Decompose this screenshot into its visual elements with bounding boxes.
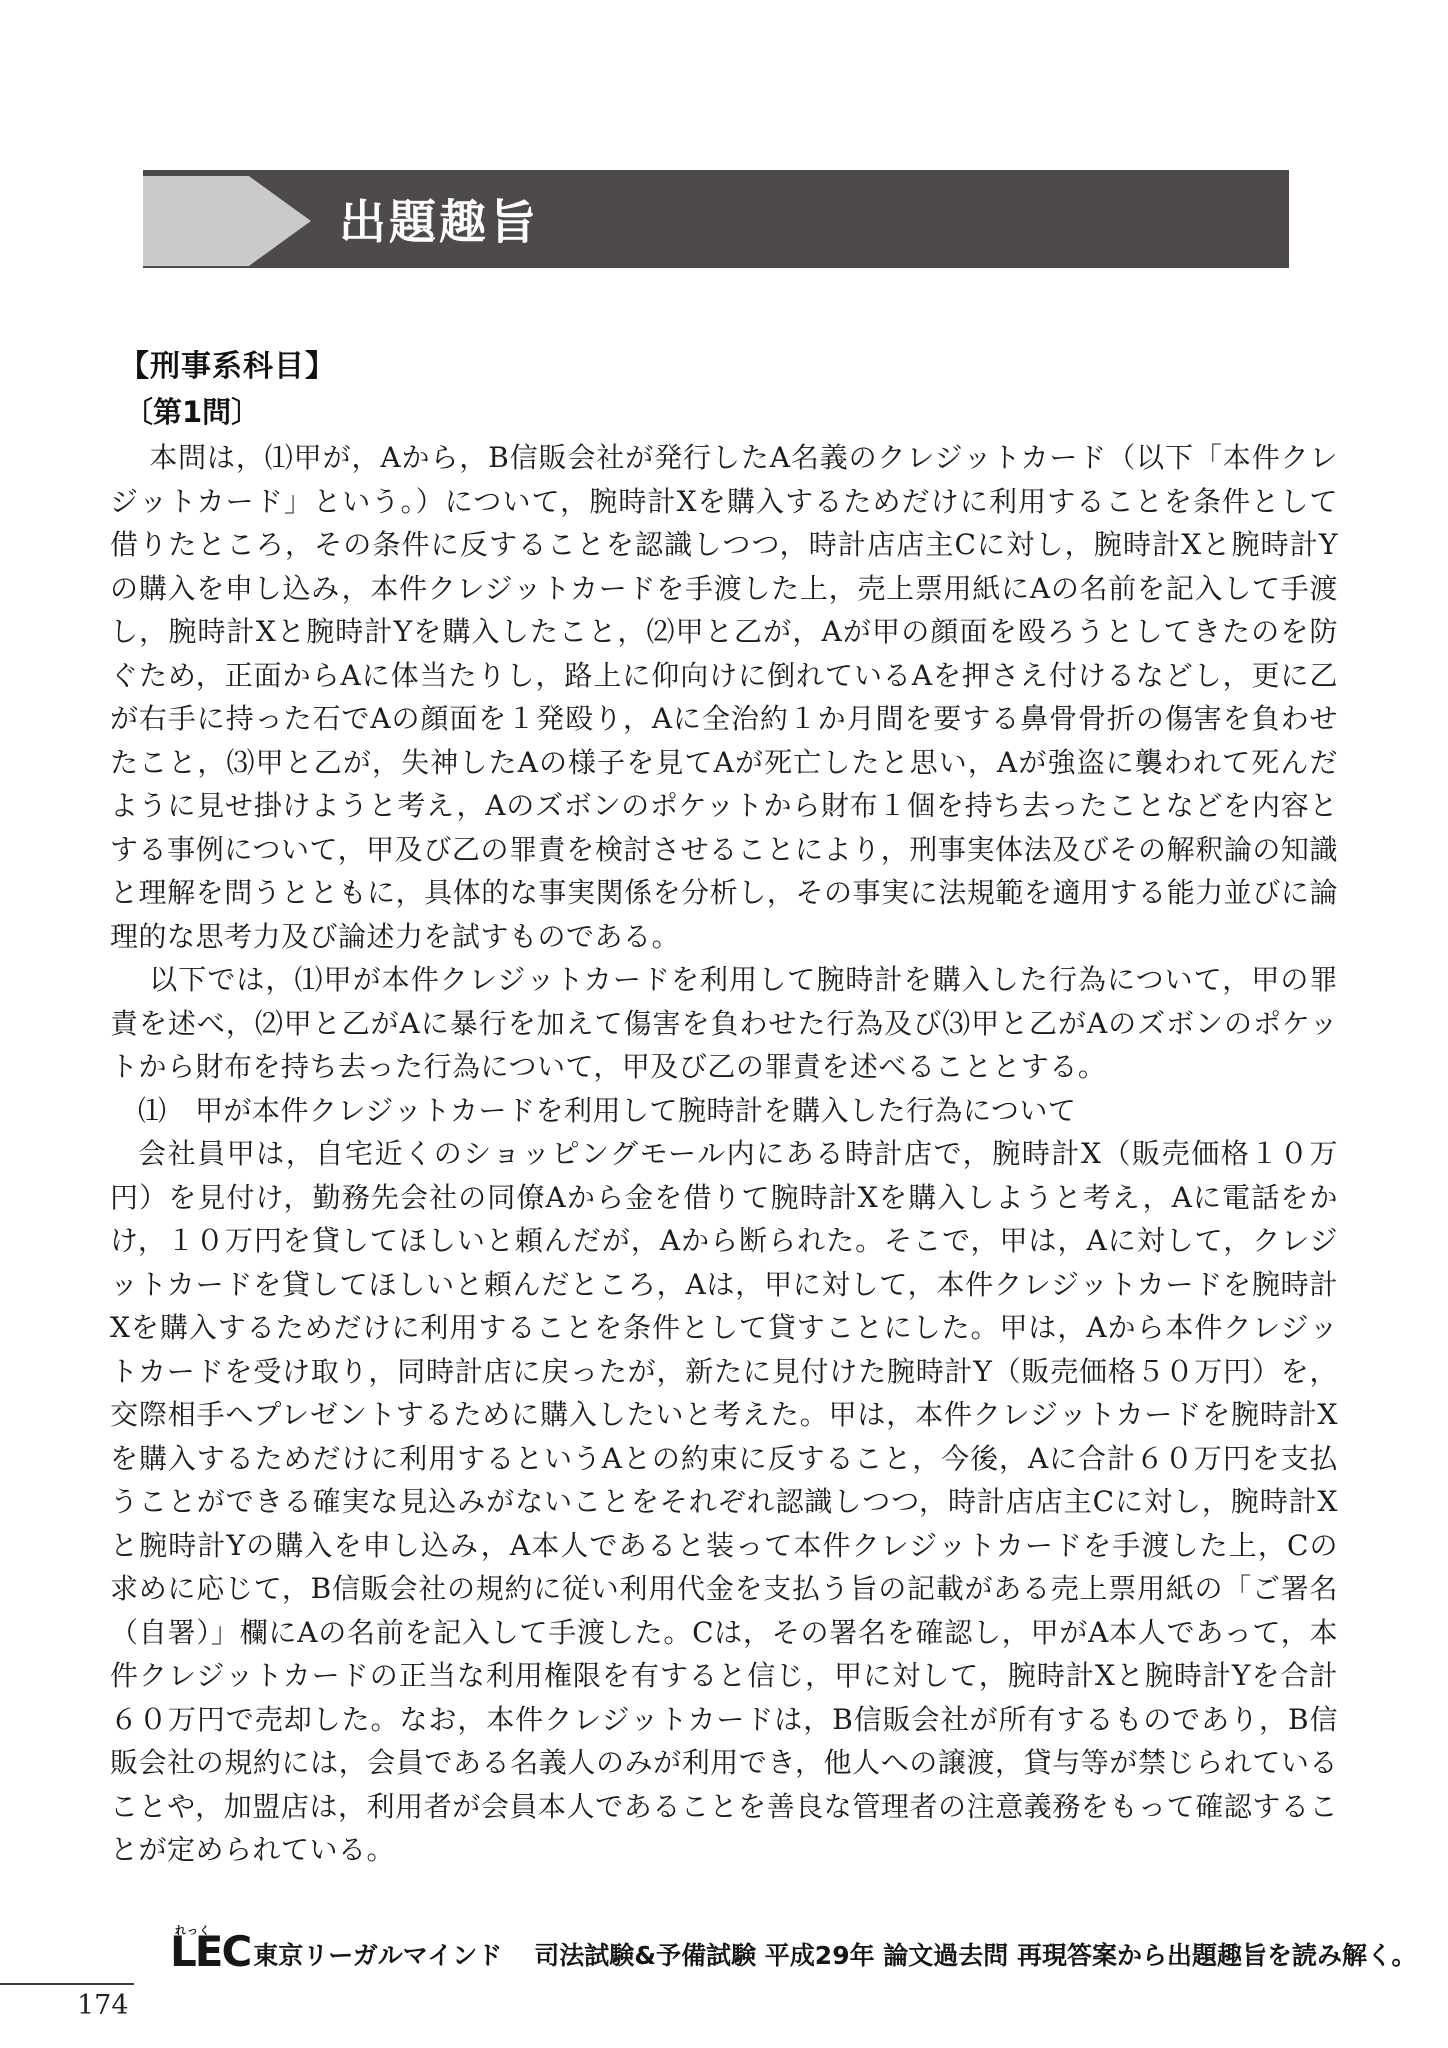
category-heading: 【刑事系科目】 (119, 341, 336, 385)
arrow-icon (143, 176, 311, 266)
body-text: 本問は，⑴甲が，Aから，B信販会社が発行したA名義のクレジットカード（以下「本件… (110, 436, 1338, 1872)
footer-caption: 司法試験&予備試験 平成29年 論文過去問 再現答案から出題趣旨を読み解く。 (534, 1942, 1416, 1974)
footer-brand: 東京リーガルマインド (253, 1942, 502, 1974)
question-heading: 〔第1問〕 (124, 390, 260, 431)
page-number-rule (0, 1983, 134, 1985)
item1-heading: ⑴ 甲が本件クレジットカードを利用して腕時計を購入した行為について (110, 1089, 1338, 1133)
paragraph-item1: 会社員甲は，自宅近くのショッピングモール内にある時計店で，腕時計X（販売価格１０… (110, 1132, 1338, 1872)
lec-logo-ruby: れっく (175, 1922, 211, 1938)
footer: れっく LEC 東京リーガルマインド 司法試験&予備試験 平成29年 論文過去問… (170, 1931, 1417, 1973)
document-page: 出題趣旨 【刑事系科目】 〔第1問〕 本問は，⑴甲が，Aから，B信販会社が発行し… (0, 0, 1448, 2048)
paragraph-overview: 本問は，⑴甲が，Aから，B信販会社が発行したA名義のクレジットカード（以下「本件… (110, 436, 1338, 958)
page-number: 174 (77, 1990, 129, 2021)
lec-logo: れっく LEC (170, 1931, 250, 1973)
paragraph-outline: 以下では，⑴甲が本件クレジットカードを利用して腕時計を購入した行為について，甲の… (110, 958, 1338, 1089)
section-banner: 出題趣旨 (143, 170, 1289, 268)
banner-title: 出題趣旨 (339, 186, 539, 253)
